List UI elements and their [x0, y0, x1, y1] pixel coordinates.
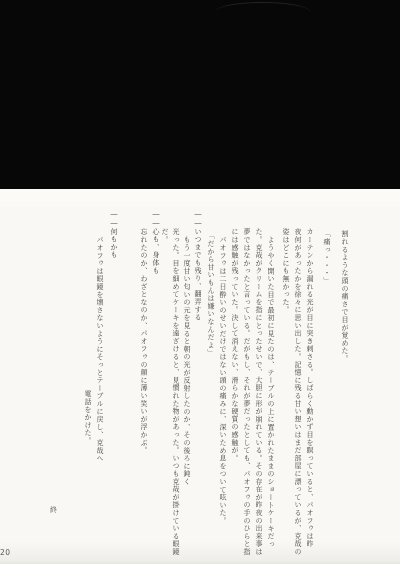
text-column: だ。: [160, 228, 169, 244]
text-column: ――心も、身体も: [151, 210, 160, 274]
text-column: 夢ではなかったと言っている。だがもし、それが夢だったとしても、パオフゥの手のひら…: [242, 228, 251, 556]
scanned-book-page: 割れるような頭の痛さで目が覚めた。 「痛っ・・・」 カーテンから漏れる光が目に突…: [0, 0, 400, 564]
text-column: もう一度甘い匂いの元を見ると朝の光が反射したのか、その後ろに鈍く: [182, 236, 191, 486]
text-column: パオフゥは眼鏡を壊さないようにそっとテーブルに戻し、克哉へ: [95, 236, 104, 462]
text-column: 電話をかけた。: [83, 390, 92, 445]
text-column: カーテンから漏れる光が目に突き刺さる。しばらく動かず目を瞑っていると、パオフゥは…: [305, 228, 314, 548]
text-column: 忘れたのか、わざとなのか、パオフゥの顔に薄い笑いが浮かぶ。: [139, 228, 148, 454]
text-column: た。克哉がクリームを指にとったせいで、大胆に形が崩れている。その存在が昨夜の出来…: [254, 228, 263, 556]
black-scan-area: [0, 0, 400, 189]
page-number: 20: [0, 548, 11, 557]
text-column: 姿はどこにも無かった。: [281, 228, 290, 314]
story-end-mark: 終: [50, 505, 57, 515]
text-column: 「痛っ・・・」: [322, 230, 331, 285]
text-column: 夜何があったかを徐々に思い出した。記憶に残る甘い想いはまだ部屋に漂っているが、克…: [293, 228, 302, 556]
text-column: 「だから甘いもんは嫌いなんだよ」: [206, 232, 215, 357]
text-column: 割れるような頭の痛さで目が覚めた。: [340, 230, 349, 363]
text-column: ようやく開いた目で最初に見たのは、テーブルの上に置かれたままのショートケーキだっ: [266, 236, 275, 548]
text-column: 光った。目を細めてケーキを遠ざけると、見慣れた物があった。いつも克哉が掛けている…: [171, 228, 180, 556]
text-column: ――何もかも: [109, 210, 118, 259]
text-column: パオフゥは二日酔いのせいだけではない頭の痛みに、深いため息をついて呟いた。: [218, 236, 227, 525]
text-column: ――いつまでも残り、翻弄する: [193, 210, 202, 321]
scan-glare: [215, 2, 310, 12]
text-column: には感触が残っていた。決して消えない、滑らかな硬質の感触が。: [230, 228, 239, 462]
